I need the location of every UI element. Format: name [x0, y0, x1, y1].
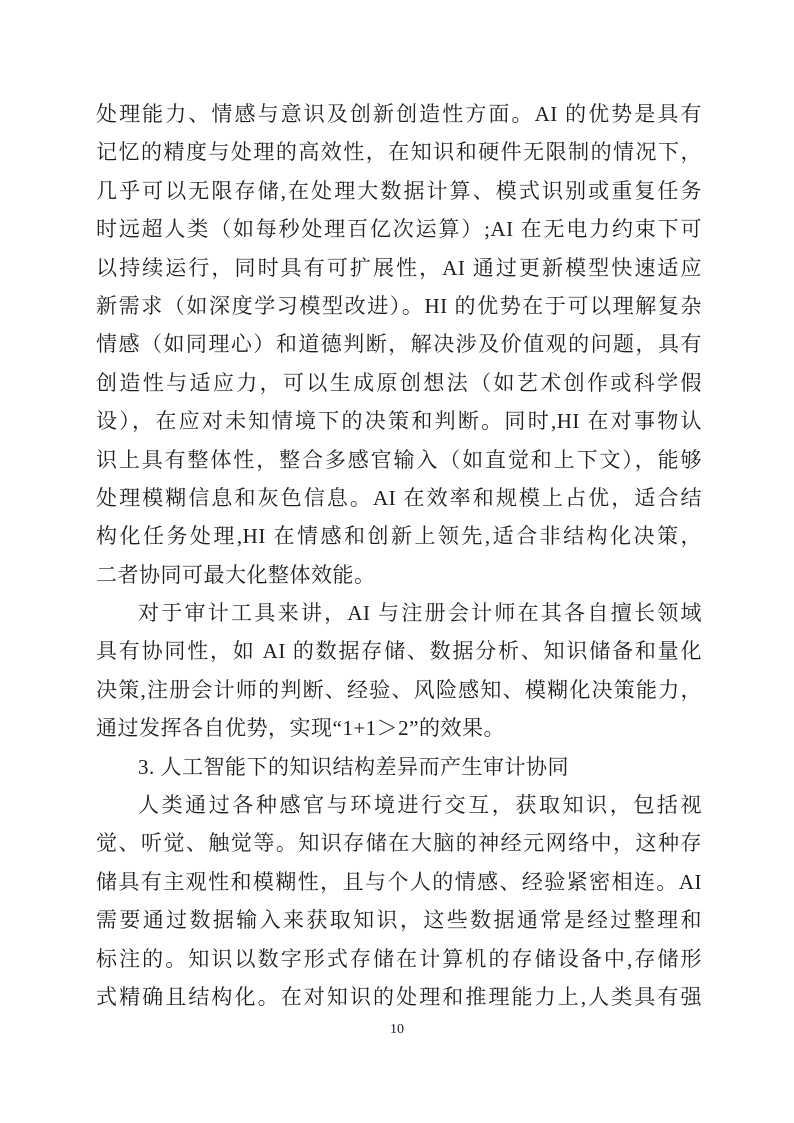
- text-line: 构化任务处理,HI 在情感和创新上领先,适合非结构化决策，: [96, 517, 702, 555]
- text-line: 处理能力、情感与意识及创新创造性方面。AI 的优势是具有: [96, 95, 702, 133]
- body-text: 处理能力、情感与意识及创新创造性方面。AI 的优势是具有 记忆的精度与处理的高效…: [96, 95, 702, 1016]
- text-line: 新需求（如深度学习模型改进）。HI 的优势在于可以理解复杂: [96, 287, 702, 325]
- text-line: 需要通过数据输入来获取知识，这些数据通常是经过整理和: [96, 901, 702, 939]
- text-line: 几乎可以无限存储,在处理大数据计算、模式识别或重复任务: [96, 172, 702, 210]
- text-line: 时远超人类（如每秒处理百亿次运算）;AI 在无电力约束下可: [96, 210, 702, 248]
- text-line: 识上具有整体性，整合多感官输入（如直觉和上下文），能够: [96, 441, 702, 479]
- paragraph-start-line: 对于审计工具来讲，AI 与注册会计师在其各自擅长领域: [96, 594, 702, 632]
- text-line: 设），在应对未知情境下的决策和判断。同时,HI 在对事物认: [96, 402, 702, 440]
- section-heading: 3. 人工智能下的知识结构差异而产生审计协同: [96, 748, 702, 786]
- text-line: 处理模糊信息和灰色信息。AI 在效率和规模上占优，适合结: [96, 479, 702, 517]
- text-line: 以持续运行，同时具有可扩展性，AI 通过更新模型快速适应: [96, 249, 702, 287]
- text-line: 式精确且结构化。在对知识的处理和推理能力上,人类具有强: [96, 978, 702, 1016]
- text-line: 标注的。知识以数字形式存储在计算机的存储设备中,存储形: [96, 940, 702, 978]
- text-line: 储具有主观性和模糊性，且与个人的情感、经验紧密相连。AI: [96, 863, 702, 901]
- page-number: 10: [0, 1022, 794, 1038]
- text-line: 创造性与适应力，可以生成原创想法（如艺术创作或科学假: [96, 364, 702, 402]
- document-page: 处理能力、情感与意识及创新创造性方面。AI 的优势是具有 记忆的精度与处理的高效…: [0, 0, 794, 1123]
- text-line: 决策,注册会计师的判断、经验、风险感知、模糊化决策能力，: [96, 671, 702, 709]
- paragraph-end-line: 二者协同可最大化整体效能。: [96, 556, 702, 594]
- text-line: 情感（如同理心）和道德判断，解决涉及价值观的问题，具有: [96, 325, 702, 363]
- paragraph-start-line: 人类通过各种感官与环境进行交互，获取知识，包括视: [96, 786, 702, 824]
- text-line: 记忆的精度与处理的高效性，在知识和硬件无限制的情况下，: [96, 133, 702, 171]
- text-line: 具有协同性，如 AI 的数据存储、数据分析、知识储备和量化: [96, 632, 702, 670]
- paragraph-end-line: 通过发挥各自优势，实现“1+1＞2”的效果。: [96, 709, 702, 747]
- text-line: 觉、听觉、触觉等。知识存储在大脑的神经元网络中，这种存: [96, 824, 702, 862]
